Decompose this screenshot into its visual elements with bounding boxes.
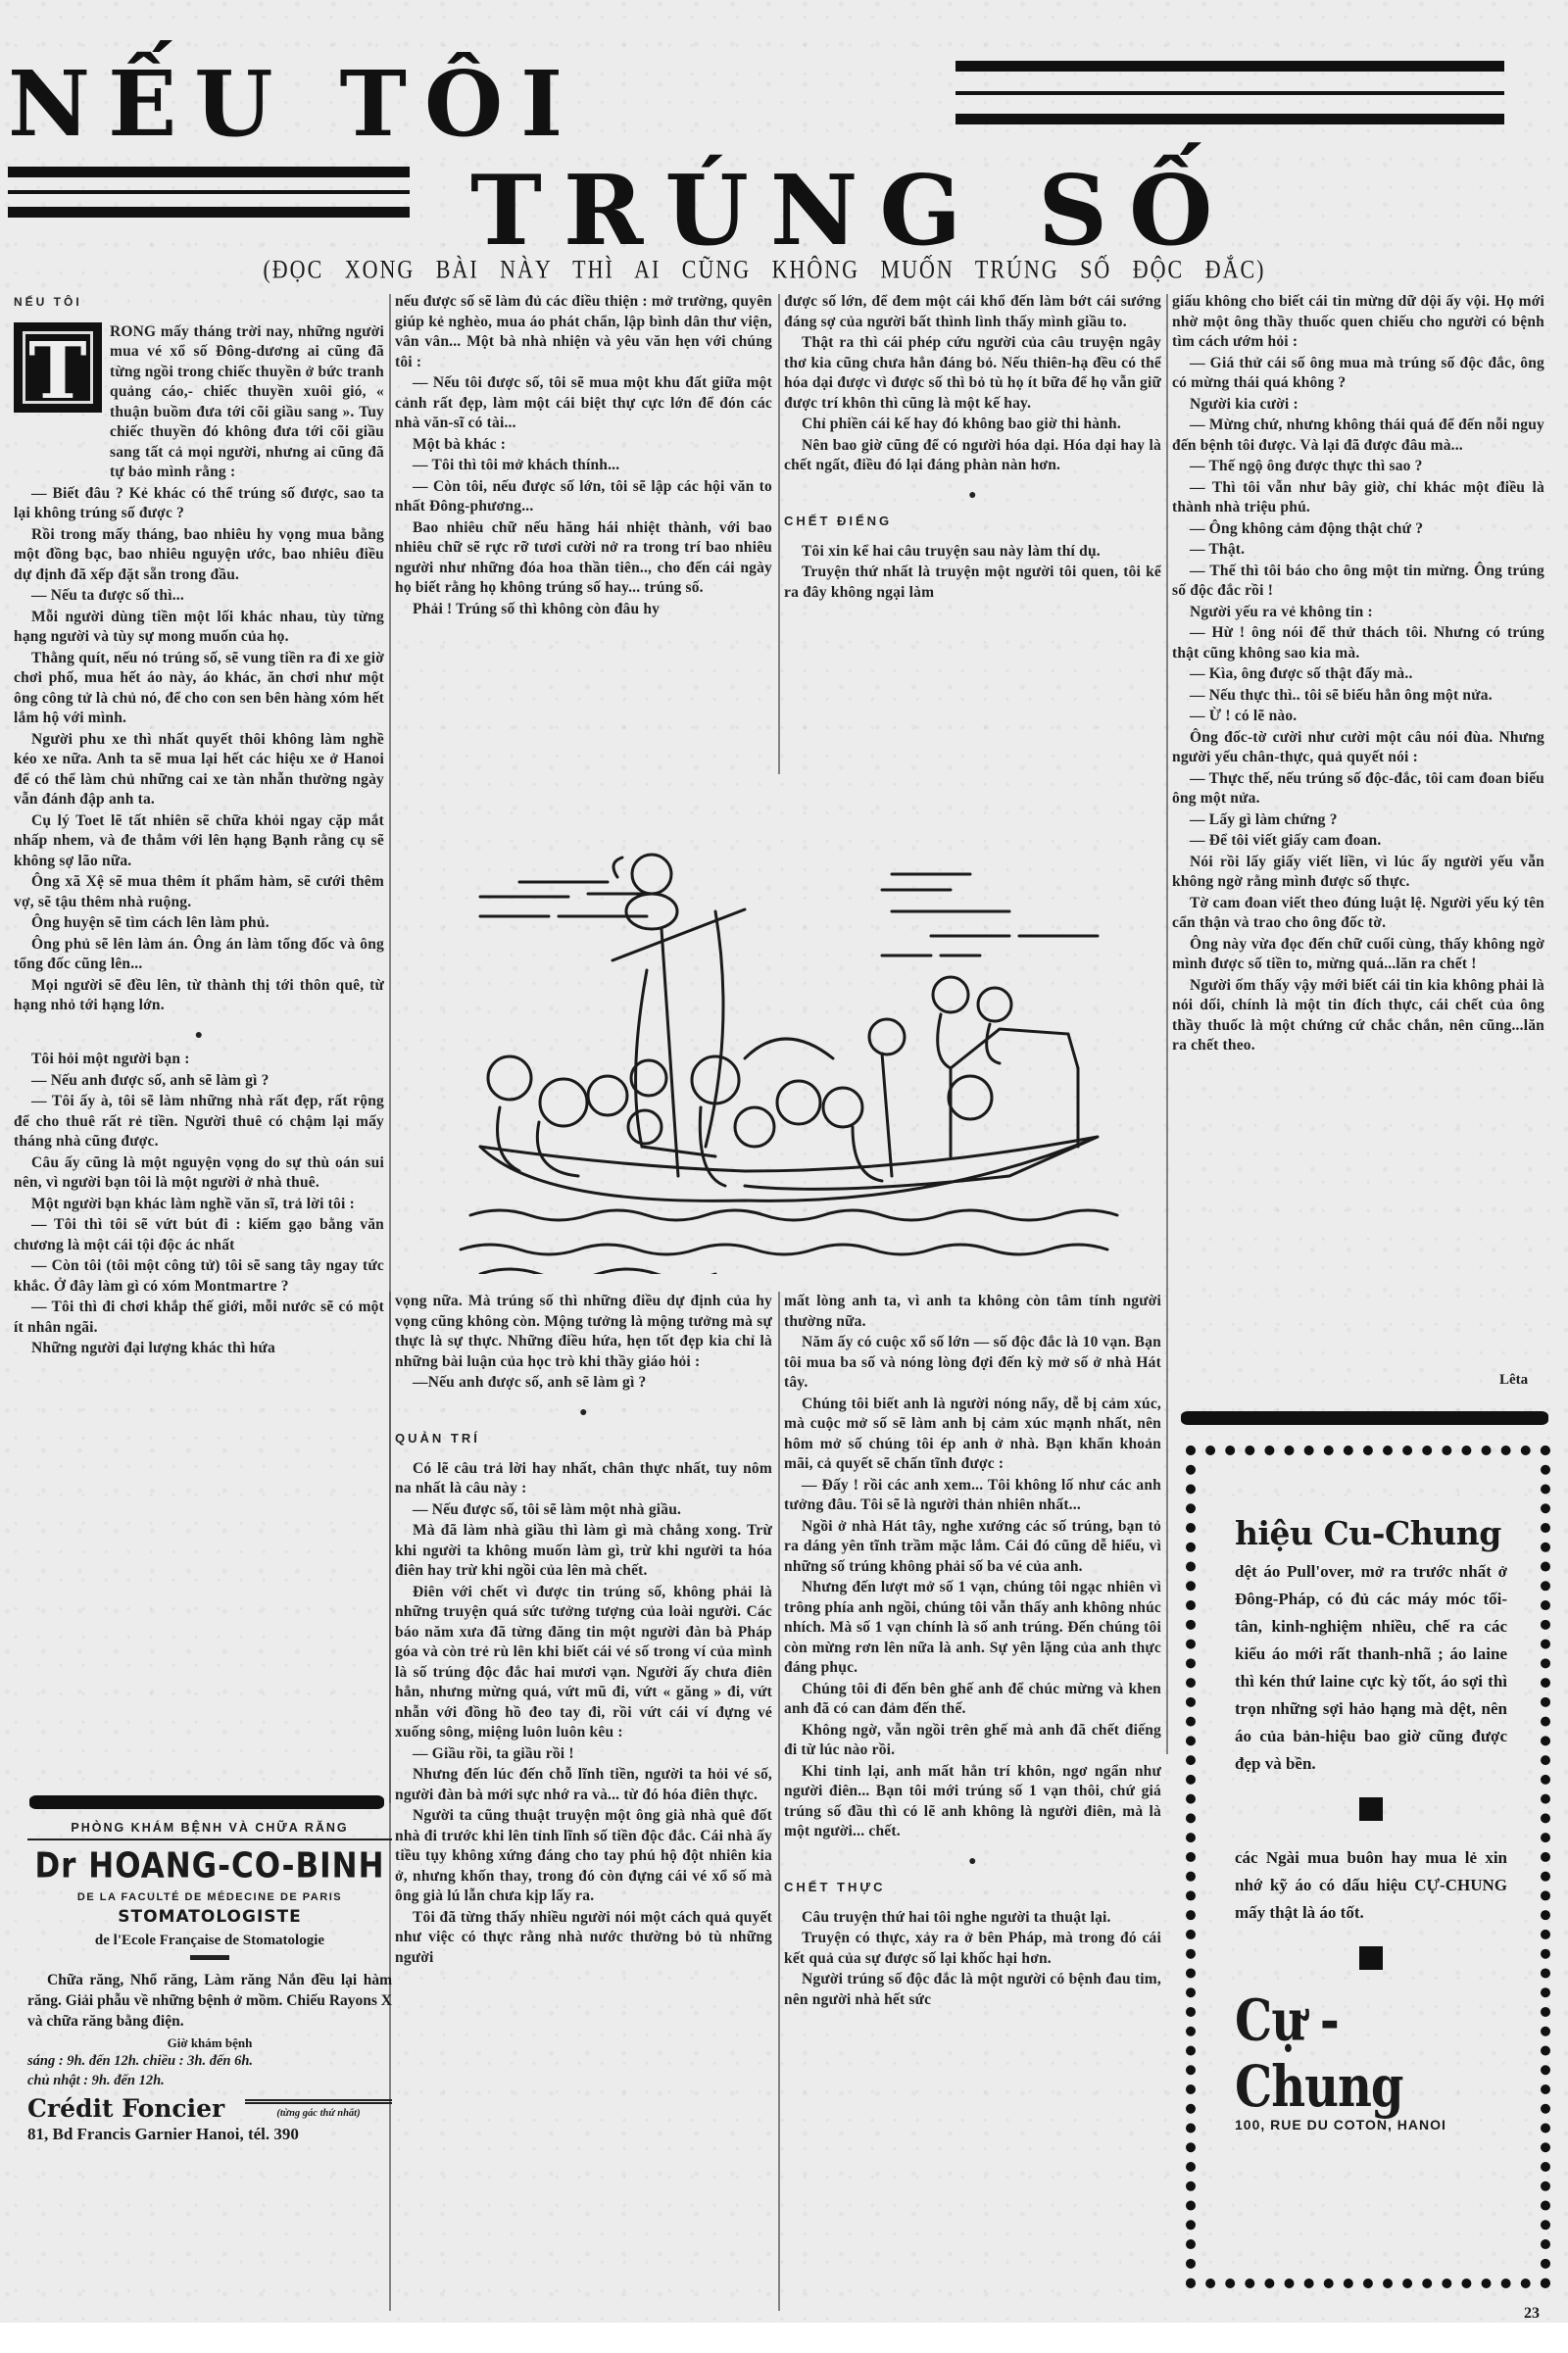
brand-logo-text: Cự - Chung [1235, 1988, 1507, 2120]
section-title: CHẾT THỰC [784, 1878, 1161, 1898]
paragraph: Nói rồi lấy giấy viết liền, vì lúc ấy ng… [1172, 853, 1544, 893]
hours-label: Giờ khám bệnh [27, 2035, 392, 2051]
column-divider [778, 294, 780, 774]
building-note: (từng gác thứ nhất) [245, 2099, 392, 2119]
article-column-4: giấu không cho biết cái tin mừng dữ dội … [1172, 292, 1544, 1057]
paragraph: Ông này vừa đọc đến chữ cuối cùng, thấy … [1172, 935, 1544, 975]
school-line: de l'Ecole Française de Stomatologie [27, 1933, 392, 1949]
paragraph: — Nếu ta được số thì... [14, 586, 384, 607]
building-name: Crédit Foncier [27, 2094, 224, 2123]
paragraph: Một người bạn khác làm nghề văn sĩ, trả … [14, 1195, 384, 1215]
paragraph: — Lấy gì làm chứng ? [1172, 810, 1544, 831]
paragraph: — Nếu được số, tôi sẽ làm một nhà giầu. [395, 1500, 772, 1521]
faculty-line: DE LA FACULTÉ DE MÉDECINE DE PARIS [27, 1891, 392, 1903]
paragraph: Chỉ phiền cái kế hay đó không bao giờ th… [784, 415, 1161, 435]
section-bullet-icon: ● [14, 1026, 384, 1047]
paragraph: — Ông không cảm động thật chứ ? [1172, 519, 1544, 540]
cu-chung-advertisement: hiệu Cu-Chung dệt áo Pull'over, mở ra tr… [1186, 1446, 1550, 2288]
paragraph: — Nếu anh được số, anh sẽ làm gì ? [14, 1071, 384, 1092]
paragraph: Một bà khác : [395, 435, 772, 456]
paragraph: giấu không cho biết cái tin mừng dữ dội … [1172, 292, 1544, 353]
paragraph: Người ốm thấy vậy mới biết cái tin kia k… [1172, 976, 1544, 1056]
hours-line-1: sáng : 9h. đến 12h. chiều : 3h. đến 6h. [27, 2051, 392, 2071]
section-title: QUẢN TRÍ [395, 1429, 772, 1449]
paragraph: Năm ấy có cuộc xổ số lớn — số độc đắc là… [784, 1333, 1161, 1394]
decorative-rules-left [8, 167, 410, 218]
paragraph: Mà đã làm nhà giầu thì làm gì mà chẳng x… [395, 1521, 772, 1582]
paragraph: — Giầu rồi, ta giầu rồi ! [395, 1744, 772, 1765]
newspaper-page: NẾU TÔI TRÚNG SỐ (ĐỌC XONG BÀI NÀY THÌ A… [0, 0, 1568, 2323]
paragraph: Điên với chết vì được tin trúng số, khôn… [395, 1583, 772, 1743]
paragraph: — Nếu thực thì.. tôi sẽ biếu hẳn ông một… [1172, 686, 1544, 707]
paragraph: Câu ấy cũng là một nguyện vọng do sự thù… [14, 1153, 384, 1194]
paragraph: được số lớn, để đem một cái khổ đến làm … [784, 292, 1161, 332]
column-divider [389, 1292, 391, 2311]
paragraph: Ngồi ở nhà Hát tây, nghe xướng các số tr… [784, 1517, 1161, 1578]
ad-body-1: dệt áo Pull'over, mở ra trước nhất ở Đôn… [1235, 1558, 1507, 1778]
paragraph: Chúng tôi biết anh là người nóng nẩy, dễ… [784, 1395, 1161, 1475]
wavy-divider [1181, 1411, 1548, 1425]
paragraph: Mỗi người dùng tiền một lối khác nhau, t… [14, 608, 384, 648]
article-column-2-top: nếu được số sẽ làm đủ các điều thiện : m… [395, 292, 772, 620]
column-divider [1166, 294, 1168, 1754]
author-byline: Lêta [1499, 1372, 1528, 1389]
decorative-rules-right [955, 61, 1504, 124]
ad-header: PHÒNG KHÁM BỆNH VÀ CHỮA RĂNG [27, 1821, 392, 1840]
services-text: Chữa răng, Nhổ răng, Làm răng Nắn đều lạ… [27, 1970, 392, 2032]
paragraph: — Thì tôi vẫn như bây giờ, chỉ khác một … [1172, 478, 1544, 518]
paragraph: — Thực thế, nếu trúng số độc-đắc, tôi ca… [1172, 769, 1544, 809]
paragraph: — Mừng chứ, nhưng không thái quá để đến … [1172, 416, 1544, 456]
paragraph: — Tôi thì tôi sẽ vứt bút đi : kiếm gạo b… [14, 1215, 384, 1255]
wavy-divider [29, 1795, 384, 1809]
dentist-advertisement: PHÒNG KHÁM BỆNH VÀ CHỮA RĂNG Dr HOANG-CO… [27, 1821, 392, 2144]
paragraph: Ông xã Xệ sẽ mua thêm ít phẩm hàm, sẽ cư… [14, 872, 384, 912]
paragraph: Tôi hỏi một người bạn : [14, 1050, 384, 1070]
square-bullet-icon [1359, 1797, 1383, 1821]
paragraph: —Nếu anh được số, anh sẽ làm gì ? [395, 1373, 772, 1394]
paragraph: Truyện có thực, xảy ra ở bên Pháp, mà tr… [784, 1929, 1161, 1969]
brand-heading: hiệu Cu-Chung [1235, 1514, 1507, 1552]
specialty-title: STOMATOLOGISTE [27, 1907, 392, 1927]
paragraph: Người yếu ra vẻ không tin : [1172, 603, 1544, 623]
doctor-name: Dr HOANG-CO-BINH [27, 1845, 392, 1886]
paragraph: Ông huyện sẽ tìm cách lên làm phủ. [14, 913, 384, 934]
article-column-3-bottom: mất lòng anh ta, vì anh ta không còn tâm… [784, 1292, 1161, 2011]
paragraph: Khi tỉnh lại, anh mất hẳn trí khôn, ngơ … [784, 1762, 1161, 1842]
boat-illustration [421, 784, 1166, 1274]
paragraph: Tôi xin kể hai câu truyện sau này làm th… [784, 542, 1161, 563]
headline-line-2: TRÚNG SỐ [470, 155, 1234, 268]
section-bullet-icon: ● [784, 1852, 1161, 1873]
dropcap-letter: T [14, 322, 102, 413]
paragraph: Nhưng đến lượt mở số 1 vạn, chúng tôi ng… [784, 1578, 1161, 1679]
paragraph: — Thế ngộ ông được thực thì sao ? [1172, 457, 1544, 477]
paragraph: Thằng quít, nếu nó trúng số, sẽ vung tiề… [14, 649, 384, 729]
headline-line-1: NẾU TÔI [8, 51, 580, 157]
paragraph: — Tôi thì đi chơi khắp thế giới, mỗi nướ… [14, 1298, 384, 1338]
paragraph: Rồi trong mấy tháng, bao nhiêu hy vọng m… [14, 525, 384, 586]
paragraph: Tờ cam đoan viết theo đúng luật lệ. Ngườ… [1172, 894, 1544, 934]
paragraph: Nên bao giờ cũng để có người hóa dại. Hó… [784, 436, 1161, 476]
article-column-3-top: được số lớn, để đem một cái khổ đến làm … [784, 292, 1161, 604]
divider-bar [190, 1955, 229, 1960]
paragraph: Phải ! Trúng số thì không còn đâu hy [395, 600, 772, 620]
paragraph: — Thật. [1172, 540, 1544, 561]
article-column-1: NẾU TÔI T RONG mấy tháng trời nay, những… [14, 292, 384, 1360]
paragraph: Nhưng đến lúc đến chỗ lĩnh tiền, người t… [395, 1765, 772, 1805]
page-number: 23 [1524, 2305, 1540, 2323]
paragraph: Thật ra thì cái phép cứu người của câu t… [784, 333, 1161, 414]
paragraph: Những người đại lượng khác thì hứa [14, 1339, 384, 1359]
paragraph: Người phu xe thì nhất quyết thôi không l… [14, 730, 384, 810]
article-column-2-bottom: vọng nữa. Mà trúng số thì những điều dự … [395, 1292, 772, 1969]
paragraph: Không ngờ, vẫn ngồi trên ghế mà anh đã c… [784, 1721, 1161, 1761]
paragraph: Ông phủ sẽ lên làm án. Ông án làm tổng đ… [14, 935, 384, 975]
paragraph: — Kìa, ông được số thật đấy mà.. [1172, 664, 1544, 685]
clinic-address: 81, Bd Francis Garnier Hanoi, tél. 390 [27, 2125, 392, 2144]
paragraph: Câu truyện thứ hai tôi nghe người ta thu… [784, 1908, 1161, 1929]
article-kicker: NẾU TÔI [14, 292, 384, 313]
paragraph: mất lòng anh ta, vì anh ta không còn tâm… [784, 1292, 1161, 1332]
paragraph: — Nếu tôi được số, tôi sẽ mua một khu đấ… [395, 373, 772, 434]
paragraph: — Đấy ! rồi các anh xem... Tôi không lố … [784, 1476, 1161, 1516]
paragraph: Truyện thứ nhất là truyện một người tôi … [784, 563, 1161, 603]
article-lead: RONG mấy tháng trời nay, những người mua… [110, 322, 384, 483]
paragraph: — Thế thì tôi báo cho ông một tin mừng. … [1172, 562, 1544, 602]
section-bullet-icon: ● [784, 486, 1161, 507]
square-bullet-icon [1359, 1946, 1383, 1970]
paragraph: Mọi người sẽ đều lên, từ thành thị tới t… [14, 976, 384, 1016]
paragraph: — Biết đâu ? Kẻ khác có thể trúng số đượ… [14, 484, 384, 524]
section-title: CHẾT ĐIẾNG [784, 512, 1161, 532]
paragraph: Người kia cười : [1172, 395, 1544, 416]
paragraph: Chúng tôi đi đến bên ghế anh để chúc mừn… [784, 1680, 1161, 1720]
section-bullet-icon: ● [395, 1403, 772, 1424]
paragraph: — Tôi thì tôi mở khách thính... [395, 456, 772, 476]
paragraph: Tôi đã từng thấy nhiều người nói một các… [395, 1908, 772, 1969]
paragraph: — Ừ ! có lẽ nào. [1172, 707, 1544, 727]
paragraph: Có lẽ câu trả lời hay nhất, chân thực nh… [395, 1459, 772, 1499]
column-divider [778, 1292, 780, 2311]
paragraph: — Hừ ! ông nói để thử thách tôi. Nhưng c… [1172, 623, 1544, 663]
paragraph: nếu được số sẽ làm đủ các điều thiện : m… [395, 292, 772, 372]
hours-line-2: chủ nhật : 9h. đến 12h. [27, 2071, 392, 2090]
paragraph: — Còn tôi, nếu được số lớn, tôi sẽ lập c… [395, 477, 772, 517]
paragraph: — Giá thử cái số ông mua mà trúng số độc… [1172, 354, 1544, 394]
paragraph: Người trúng số độc đắc là một người có b… [784, 1970, 1161, 2010]
paragraph: — Để tôi viết giấy cam đoan. [1172, 831, 1544, 852]
headline-subtitle: (ĐỌC XONG BÀI NÀY THÌ AI CŨNG KHÔNG MUỐN… [216, 254, 1313, 284]
paragraph: Cụ lý Toet lẽ tất nhiên sẽ chữa khỏi nga… [14, 811, 384, 872]
paragraph: Ông đốc-tờ cười như cười một câu nói đùa… [1172, 728, 1544, 768]
paragraph: — Tôi ấy à, tôi sẽ làm những nhà rất đẹp… [14, 1092, 384, 1152]
paragraph: Bao nhiêu chữ nếu hăng hái nhiệt thành, … [395, 518, 772, 599]
paragraph: vọng nữa. Mà trúng số thì những điều dự … [395, 1292, 772, 1372]
ad-body-2: các Ngài mua buôn hay mua lẻ xin nhớ kỹ … [1235, 1844, 1507, 1927]
paragraph: — Còn tôi (tôi một công tử) tôi sẽ sang … [14, 1256, 384, 1297]
paragraph: Người ta cũng thuật truyện một ông già n… [395, 1806, 772, 1907]
